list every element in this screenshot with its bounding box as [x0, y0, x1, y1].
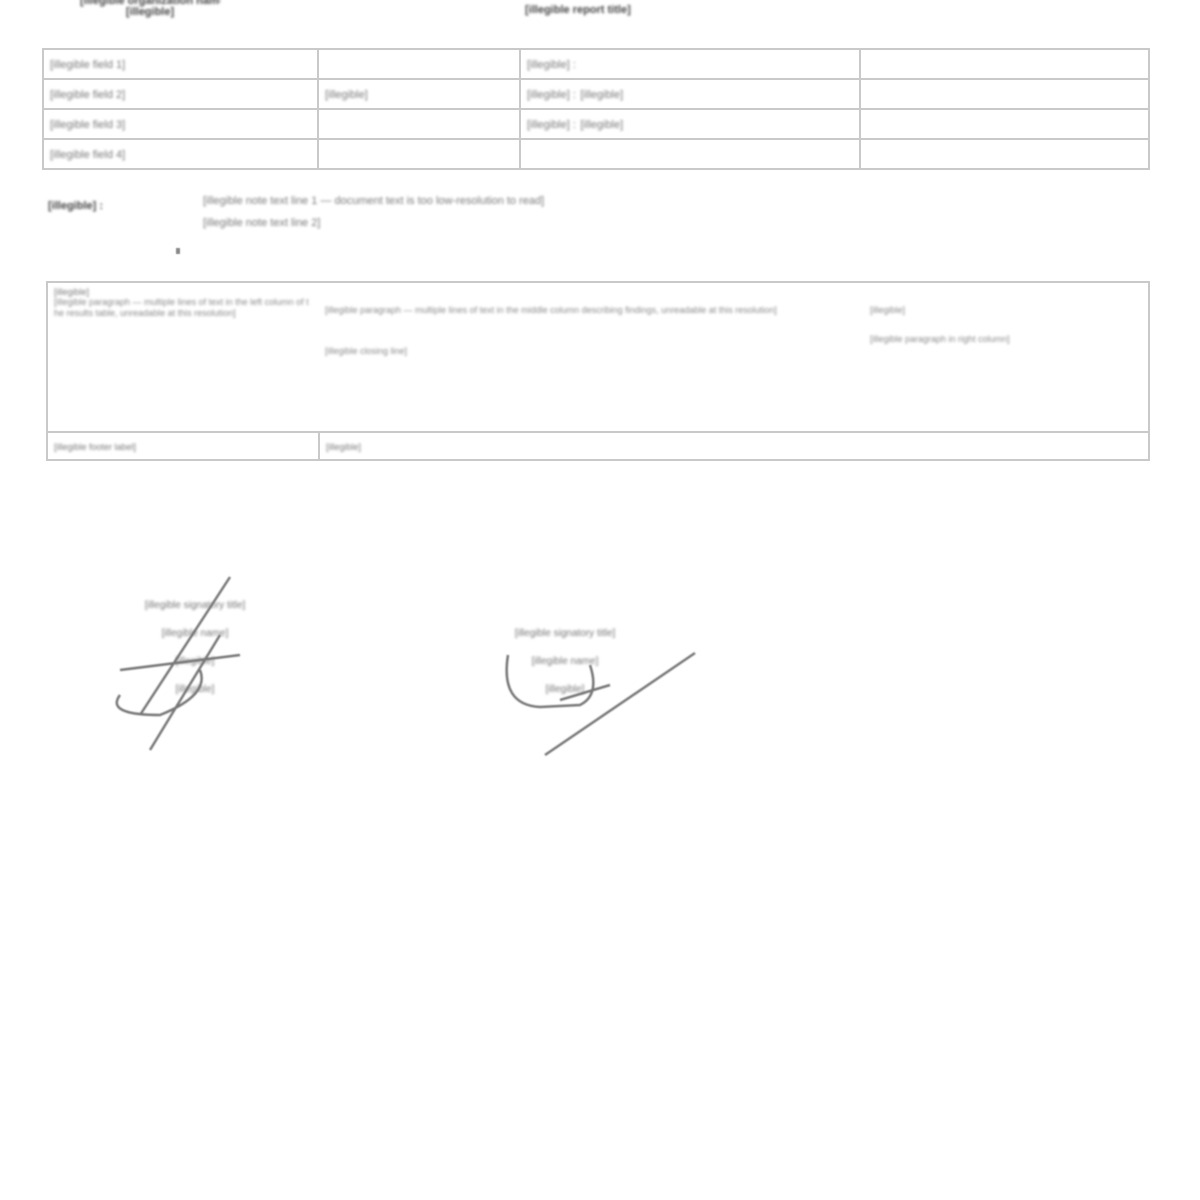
info-row: [illegible field 1] [illegible] :: [43, 49, 1149, 79]
note-line-2: [illegible note text line 2]: [203, 212, 1148, 234]
info-value: [illegible]: [325, 89, 368, 101]
info-right-label: [illegible] :: [527, 119, 576, 131]
results-footer-row: [illegible footer label] [illegible]: [47, 432, 1149, 460]
org-name-line-1: [illegible organization name]: [80, 0, 220, 7]
results-middle-text: [illegible paragraph — multiple lines of…: [325, 305, 858, 316]
report-title: [illegible report title]: [525, 4, 695, 16]
note-label: [illegible] :: [48, 200, 178, 212]
info-table: [illegible field 1] [illegible] : [illeg…: [42, 48, 1150, 170]
results-table: [illegible] [illegible paragraph — multi…: [46, 281, 1150, 461]
bullet-mark: [176, 248, 180, 254]
results-row: [illegible] [illegible paragraph — multi…: [47, 282, 1149, 432]
results-middle-last: [illegible closing line]: [325, 346, 858, 357]
organization-header: [illegible organization name] [illegible…: [80, 0, 220, 18]
org-name-line-2: [illegible]: [80, 7, 220, 18]
footer-label: [illegible footer label]: [54, 442, 136, 452]
info-right-label: [illegible] :: [527, 89, 576, 101]
info-label: [illegible field 4]: [50, 149, 125, 161]
info-row: [illegible field 2] [illegible] [illegib…: [43, 79, 1149, 109]
info-row: [illegible field 4]: [43, 139, 1149, 169]
signature-scribble-right: [500, 645, 710, 755]
info-label: [illegible field 2]: [50, 89, 125, 101]
info-right-label: [illegible] :: [527, 59, 576, 71]
results-right-short: [illegible]: [870, 305, 1142, 316]
note-line-1: [illegible note text line 1 — document t…: [203, 190, 1148, 212]
results-header: [illegible]: [54, 287, 313, 297]
info-right-inline-value: [illegible]: [580, 119, 623, 131]
sig-line: [illegible signatory title]: [470, 620, 660, 648]
footer-value: [illegible]: [326, 442, 361, 452]
results-left-text: [illegible paragraph — multiple lines of…: [54, 297, 313, 319]
info-label: [illegible field 1]: [50, 59, 125, 71]
info-row: [illegible field 3] [illegible] : [illeg…: [43, 109, 1149, 139]
results-right-text: [illegible paragraph in right column]: [870, 334, 1142, 345]
signature-scribble-left: [100, 575, 300, 755]
info-label: [illegible field 3]: [50, 119, 125, 131]
info-right-inline-value: [illegible]: [580, 89, 623, 101]
